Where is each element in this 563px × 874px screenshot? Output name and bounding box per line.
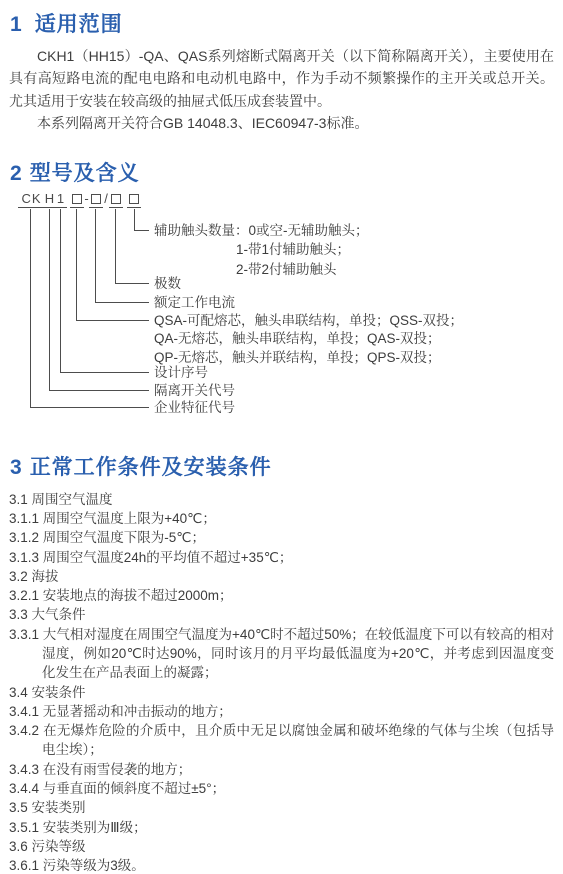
condition-item: 3.1.3 周围空气温度24h的平均值不超过+35℃； — [9, 548, 554, 567]
label-rated-current: 额定工作电流 — [154, 294, 235, 311]
section1-heading: 1适用范围 — [10, 12, 554, 38]
section1-number: 1 — [10, 13, 22, 36]
label-aux-option-2: 2-带2付辅助触头 — [236, 261, 337, 278]
document-page: 1适用范围 CKH1（HH15）-QA、QAS系列熔断式隔离开关（以下简称隔离开… — [0, 0, 563, 874]
condition-item: 3.4.4 与垂直面的倾斜度不超过±5°； — [9, 779, 554, 798]
label-design-serial: 设计序号 — [154, 364, 208, 381]
section1-paragraph-2: 本系列隔离开关符合GB 14048.3、IEC60947-3标准。 — [9, 112, 554, 134]
conditions-list: 3.1 周围空气温度 3.1.1 周围空气温度上限为+40℃； 3.1.2 周围… — [9, 490, 554, 874]
label-structure-qa: QA-无熔芯，触头串联结构，单投；QAS-双投； — [154, 330, 441, 347]
condition-item: 3.1.1 周围空气温度上限为+40℃； — [9, 509, 554, 528]
section1-paragraph-1: CKH1（HH15）-QA、QAS系列熔断式隔离开关（以下简称隔离开关），主要使… — [9, 45, 554, 112]
condition-item: 3.6 污染等级 — [9, 837, 554, 856]
label-aux-contacts: 辅助触头数量：0或空-无辅助触头； — [154, 222, 369, 239]
label-structure-qsa: QSA-可配熔芯，触头串联结构，单投；QSS-双投； — [154, 312, 463, 329]
section2-number: 2 — [10, 162, 22, 185]
label-company-code: 企业特征代号 — [154, 399, 235, 416]
label-poles: 极数 — [154, 275, 181, 292]
condition-item: 3.1.2 周围空气温度下限为-5℃； — [9, 528, 554, 547]
condition-item: 3.6.1 污染等级为3级。 — [9, 856, 554, 874]
section2-heading: 2型号及含义 — [10, 161, 554, 187]
label-aux-option-1: 1-带1付辅助触头； — [236, 241, 350, 258]
label-switch-code: 隔离开关代号 — [154, 382, 235, 399]
condition-item: 3.4.2 在无爆炸危险的介质中，且介质中无足以腐蚀金属和破坏绝缘的气体与尘埃（… — [9, 721, 554, 760]
condition-item: 3.3.1 大气相对湿度在周围空气温度为+40℃时不超过50%；在较低温度下可以… — [9, 625, 554, 683]
model-code-diagram: CK H 1 - / 辅助触头数量：0或空-无辅助触头； 1-带1付辅助触头； … — [9, 191, 554, 413]
condition-item: 3.4 安装条件 — [9, 683, 554, 702]
condition-item: 3.5 安装类别 — [9, 798, 554, 817]
condition-item: 3.2.1 安装地点的海拔不超过2000m； — [9, 586, 554, 605]
condition-item: 3.5.1 安装类别为Ⅲ级； — [9, 818, 554, 837]
section1-title: 适用范围 — [35, 13, 123, 36]
condition-item: 3.3 大气条件 — [9, 605, 554, 624]
condition-item: 3.2 海拔 — [9, 567, 554, 586]
section3-title: 正常工作条件及安装条件 — [30, 456, 272, 479]
condition-item: 3.1 周围空气温度 — [9, 490, 554, 509]
section3-number: 3 — [10, 456, 22, 479]
condition-item: 3.4.1 无显著摇动和冲击振动的地方； — [9, 702, 554, 721]
condition-item: 3.4.3 在没有雨雪侵袭的地方； — [9, 760, 554, 779]
section3-heading: 3正常工作条件及安装条件 — [10, 455, 554, 481]
section2-title: 型号及含义 — [30, 162, 140, 185]
